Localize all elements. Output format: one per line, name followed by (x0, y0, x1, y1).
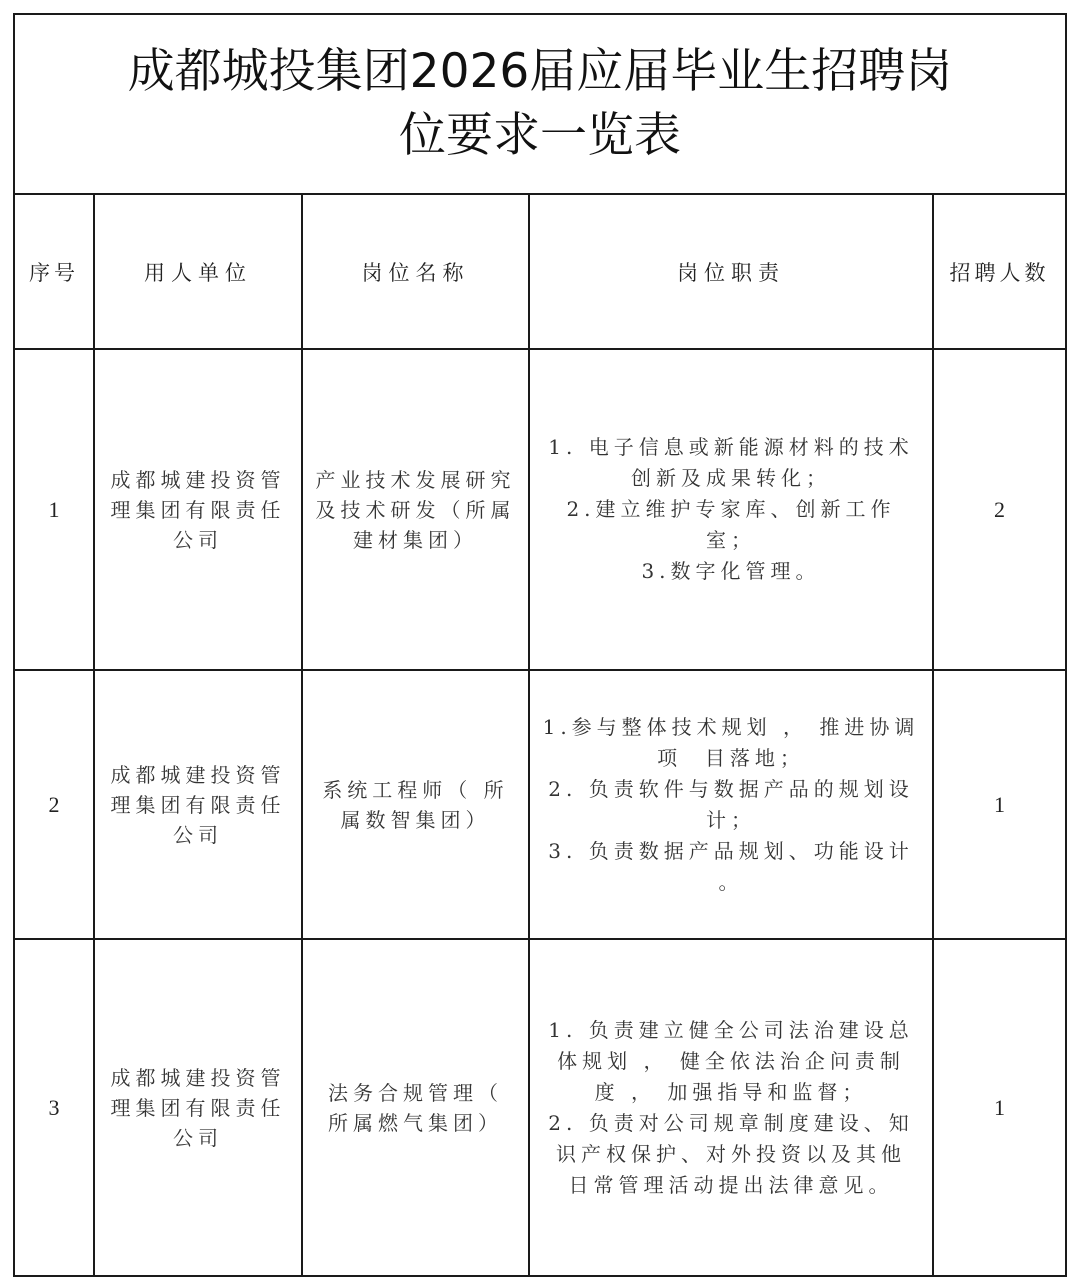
position-text: 系统工程师（ 所属数智集团） (303, 775, 528, 835)
employer-text: 成都城建投资管理集团有限责任公司 (95, 465, 301, 555)
cell-duties: 1. 电子信息或新能源材料的技术 创新及成果转化； 2.建立维护专家库、创新工作… (529, 349, 933, 670)
cell-position: 产业技术发展研究及技术研发（所属建材集团） (302, 349, 529, 670)
duty-line: 1. 电子信息或新能源材料的技术 (530, 432, 932, 463)
duty-line: 2. 负责对公司规章制度建设、知 (530, 1108, 932, 1139)
header-headcount: 招聘人数 (933, 195, 1065, 349)
employer-text: 成都城建投资管理集团有限责任公司 (95, 1063, 301, 1153)
duty-line: 日常管理活动提出法律意见。 (530, 1170, 932, 1201)
cell-headcount: 1 (933, 670, 1065, 939)
table-header-row: 序号 用人单位 岗位名称 岗位职责 招聘人数 (15, 195, 1065, 349)
duty-line: 项 目落地； (530, 743, 932, 774)
cell-index: 1 (15, 349, 94, 670)
duty-line: 。 (530, 867, 932, 898)
duty-line: 室； (530, 525, 932, 556)
cell-employer: 成都城建投资管理集团有限责任公司 (94, 349, 302, 670)
cell-position: 法务合规管理（ 所属燃气集团） (302, 939, 529, 1276)
cell-employer: 成都城建投资管理集团有限责任公司 (94, 670, 302, 939)
duty-line: 2.建立维护专家库、创新工作 (530, 494, 932, 525)
cell-index: 3 (15, 939, 94, 1276)
cell-duties: 1. 负责建立健全公司法治建设总 体规划 ， 健全依法治企问责制 度 ， 加强指… (529, 939, 933, 1276)
cell-headcount: 1 (933, 939, 1065, 1276)
duty-line: 1.参与整体技术规划 ， 推进协调 (530, 712, 932, 743)
duty-line: 体规划 ， 健全依法治企问责制 (530, 1046, 932, 1077)
duty-line: 3.数字化管理。 (530, 556, 932, 587)
cell-position: 系统工程师（ 所属数智集团） (302, 670, 529, 939)
cell-index: 2 (15, 670, 94, 939)
header-duties: 岗位职责 (529, 195, 933, 349)
positions-table: 序号 用人单位 岗位名称 岗位职责 招聘人数 1 成都城建投资管理集团有限责任公… (15, 195, 1065, 1276)
table-row: 2 成都城建投资管理集团有限责任公司 系统工程师（ 所属数智集团） 1.参与整体… (15, 670, 1065, 939)
table-row: 3 成都城建投资管理集团有限责任公司 法务合规管理（ 所属燃气集团） 1. 负责… (15, 939, 1065, 1276)
duty-line: 2. 负责软件与数据产品的规划设 (530, 774, 932, 805)
header-employer: 用人单位 (94, 195, 302, 349)
header-position: 岗位名称 (302, 195, 529, 349)
position-text: 法务合规管理（ 所属燃气集团） (303, 1078, 528, 1138)
cell-employer: 成都城建投资管理集团有限责任公司 (94, 939, 302, 1276)
duty-line: 1. 负责建立健全公司法治建设总 (530, 1015, 932, 1046)
title-line-2: 位要求一览表 (399, 108, 681, 163)
position-text: 产业技术发展研究及技术研发（所属建材集团） (303, 465, 528, 555)
cell-headcount: 2 (933, 349, 1065, 670)
employer-text: 成都城建投资管理集团有限责任公司 (95, 760, 301, 850)
title-line-1: 成都城投集团2026届应届毕业生招聘岗 (128, 44, 953, 99)
duty-line: 度 ， 加强指导和监督； (530, 1077, 932, 1108)
duty-line: 3. 负责数据产品规划、功能设计 (530, 836, 932, 867)
duty-line: 计； (530, 805, 932, 836)
duty-line: 创新及成果转化； (530, 463, 932, 494)
header-index: 序号 (15, 195, 94, 349)
duty-line: 识产权保护、对外投资以及其他 (530, 1139, 932, 1170)
table-row: 1 成都城建投资管理集团有限责任公司 产业技术发展研究及技术研发（所属建材集团）… (15, 349, 1065, 670)
document-title: 成都城投集团2026届应届毕业生招聘岗 位要求一览表 (15, 15, 1065, 195)
recruitment-table-frame: 成都城投集团2026届应届毕业生招聘岗 位要求一览表 序号 用人单位 岗位名称 … (13, 13, 1067, 1277)
cell-duties: 1.参与整体技术规划 ， 推进协调 项 目落地； 2. 负责软件与数据产品的规划… (529, 670, 933, 939)
